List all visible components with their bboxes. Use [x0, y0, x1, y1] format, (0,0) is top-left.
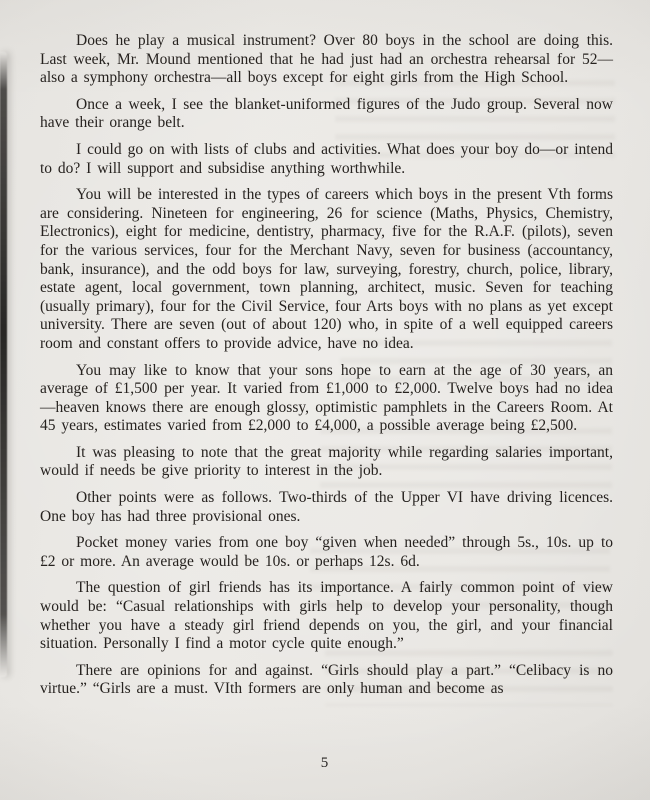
- page-number: 5: [0, 755, 650, 772]
- paragraph: Once a week, I see the blanket-uniformed…: [40, 96, 613, 133]
- paragraph: You may like to know that your sons hope…: [40, 362, 613, 436]
- paragraph: Does he play a musical instrument? Over …: [40, 32, 613, 88]
- page-text: Does he play a musical instrument? Over …: [40, 32, 613, 707]
- paragraph: I could go on with lists of clubs and ac…: [40, 141, 613, 178]
- paragraph: Other points were as follows. Two-thirds…: [40, 489, 613, 526]
- paragraph: There are opinions for and against. “Gir…: [40, 662, 613, 699]
- binding-edge-shadow: [0, 52, 7, 677]
- scanned-page: Does he play a musical instrument? Over …: [0, 0, 650, 800]
- paragraph: You will be interested in the types of c…: [40, 186, 613, 353]
- paragraph: It was pleasing to note that the great m…: [40, 444, 613, 481]
- paragraph: Pocket money varies from one boy “given …: [40, 534, 613, 571]
- paragraph: The question of girl friends has its imp…: [40, 579, 613, 653]
